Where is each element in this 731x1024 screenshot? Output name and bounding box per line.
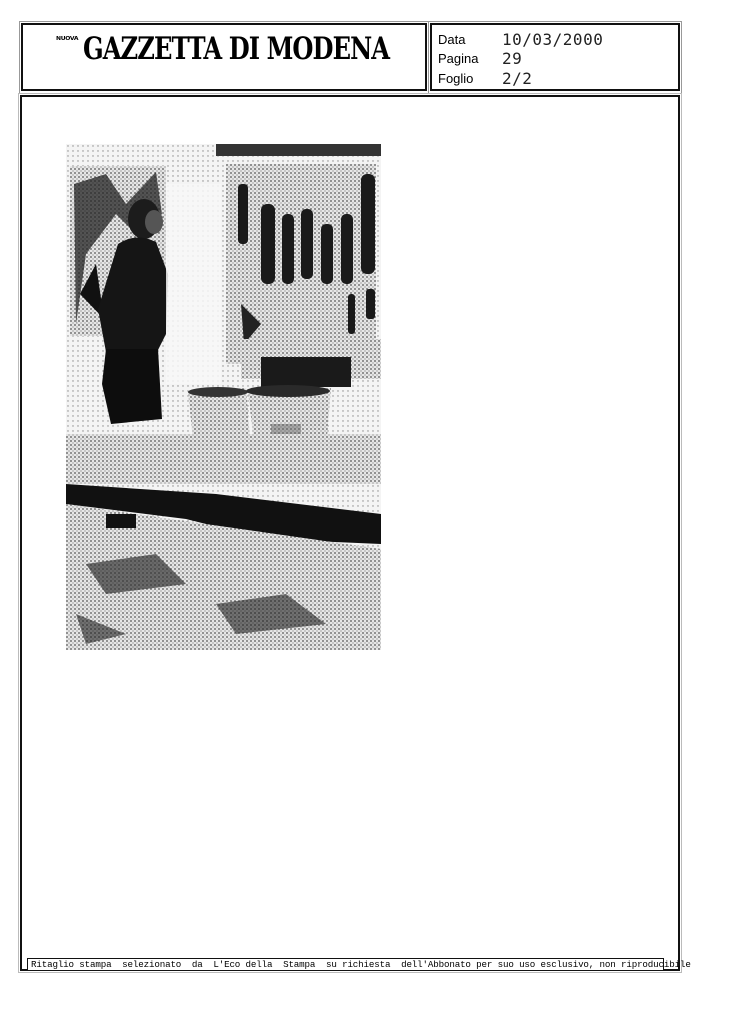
info-row-page: Pagina 29 xyxy=(438,48,522,68)
clipping-info: Data 10/03/2000 Pagina 29 Foglio 2/2 xyxy=(430,23,680,91)
date-value: 10/03/2000 xyxy=(502,30,603,49)
page-label: Pagina xyxy=(438,51,502,66)
masthead: NUOVA GAZZETTA DI MODENA xyxy=(21,23,427,91)
disclaimer-box: Ritaglio stampa selezionato da L'Eco del… xyxy=(27,958,664,971)
date-label: Data xyxy=(438,32,502,47)
info-row-date: Data 10/03/2000 xyxy=(438,29,603,49)
publication-prefix: NUOVA xyxy=(56,35,78,41)
page-value: 29 xyxy=(502,49,522,68)
publication-title: GAZZETTA DI MODENA xyxy=(83,29,389,69)
info-row-sheet: Foglio 2/2 xyxy=(438,68,532,88)
sheet-label: Foglio xyxy=(438,71,502,86)
disclaimer-text: Ritaglio stampa selezionato da L'Eco del… xyxy=(31,959,691,970)
news-photo xyxy=(66,144,381,650)
photo-artwork xyxy=(66,144,381,650)
sheet-value: 2/2 xyxy=(502,69,532,88)
